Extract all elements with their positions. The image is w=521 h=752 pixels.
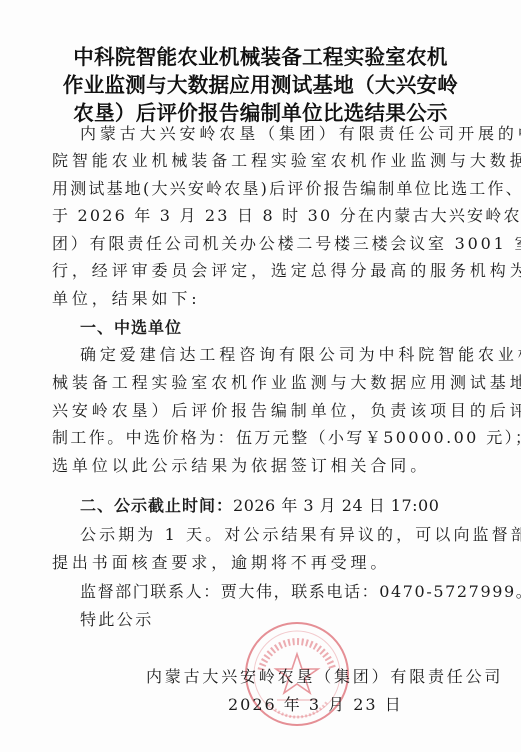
intro-line-5: 团）有限责任公司机关办公楼二号楼三楼会议室 3001 室进: [52, 234, 521, 254]
intro-line-4: 于 2026 年 3 月 23 日 8 时 30 分在内蒙古大兴安岭农垦（集: [52, 206, 521, 226]
section-heading-deadline: 二、公示截止时间：2026 年 3 月 24 日 17:00: [80, 496, 439, 516]
document-page: 中科院智能农业机械装备工程实验室农机 作业监测与大数据应用测试基地（大兴安岭 农…: [0, 0, 521, 752]
signature-date: 2026 年 3 月 23 日: [228, 692, 403, 715]
intro-line-1: 内蒙古大兴安岭农垦（集团）有限责任公司开展的中科: [80, 124, 521, 144]
deadline-label: 二、公示截止时间：: [80, 496, 233, 515]
section1-line-4: 制工作。中选价格为：伍万元整（小写￥50000.00 元）；中: [52, 428, 521, 448]
section2-line-1: 公示期为 1 天。对公示结果有异议的，可以向监督部门: [80, 525, 521, 545]
deadline-value: 2026 年 3 月 24 日 17:00: [233, 496, 439, 515]
section1-line-5: 选单位以此公示结果为依据签订相关合同。: [52, 456, 430, 476]
section1-line-2: 械装备工程实验室农机作业监测与大数据应用测试基地（大: [52, 373, 521, 393]
section1-line-3: 兴安岭农垦）后评价报告编制单位，负责该项目的后评价编: [52, 401, 521, 421]
title-line-2: 作业监测与大数据应用测试基地（大兴安岭: [0, 68, 521, 98]
section-heading-winner: 一、中选单位: [80, 318, 182, 338]
section2-line-2: 提出书面核查要求，逾期将不再受理。: [52, 553, 390, 573]
section1-line-1: 确定爱建信达工程咨询有限公司为中科院智能农业机: [80, 345, 521, 365]
signature-organization: 内蒙古大兴安岭农垦（集团）有限责任公司: [146, 664, 503, 687]
title-line-3: 农垦）后评价报告编制单位比选结果公示: [0, 96, 521, 126]
section2-line-3: 监督部门联系人：贾大伟，联系电话：0470-5727999。: [80, 582, 521, 602]
intro-line-6: 行，经评审委员会评定，选定总得分最高的服务机构为中选: [52, 261, 521, 281]
closing-line: 特此公示: [80, 610, 154, 630]
intro-line-3: 用测试基地(大兴安岭农垦)后评价报告编制单位比选工作、: [52, 179, 521, 199]
title-line-1: 中科院智能农业机械装备工程实验室农机: [0, 40, 521, 70]
intro-line-7: 单位，结果如下:: [52, 289, 201, 309]
intro-line-2: 院智能农业机械装备工程实验室农机作业监测与大数据应: [52, 151, 521, 171]
